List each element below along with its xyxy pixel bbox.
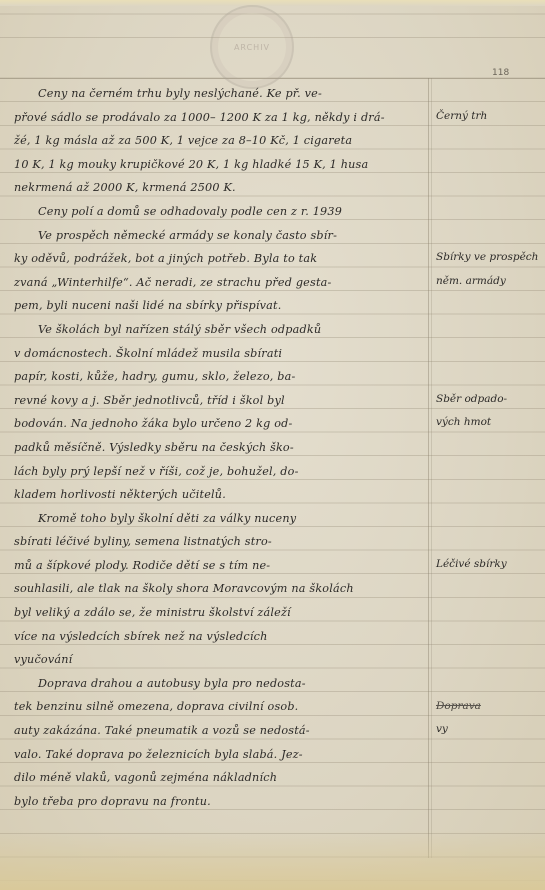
text-line: Ceny na černém trhu byly neslýchané. Ke … <box>14 82 426 106</box>
text-line: vyučování <box>14 648 426 672</box>
text-line: zvaná „Winterhilfe“. Ač neradi, ze strac… <box>14 271 426 295</box>
margin-note: vých hmot <box>436 416 491 428</box>
text-line: nekrmená až 2000 K, krmená 2500 K. <box>14 176 426 200</box>
margin-note: Léčivé sbírky <box>436 558 507 570</box>
text-line: lách byly prý lepší než v říši, což je, … <box>14 460 426 484</box>
text-line: Ceny polí a domů se odhadovaly podle cen… <box>14 200 426 224</box>
margin-note: Sběr odpado- <box>436 393 507 405</box>
text-line: papír, kosti, kůže, hadry, gumu, sklo, ž… <box>14 365 426 389</box>
text-line: Kromě toho byly školní děti za války nuc… <box>14 507 426 531</box>
margin-note: Černý trh <box>436 110 487 122</box>
text-line: byl veliký a zdálo se, že ministru škols… <box>14 601 426 625</box>
margin-note: něm. armády <box>436 275 506 287</box>
text-line: auty zakázána. Také pneumatik a vozů se … <box>14 719 426 743</box>
margin-note: vy <box>436 723 448 735</box>
margin-note: Sbírky ve prospěch <box>436 251 538 263</box>
text-line: Doprava drahou a autobusy byla pro nedos… <box>14 672 426 696</box>
text-line: bodován. Na jednoho žáka bylo určeno 2 k… <box>14 412 426 436</box>
handwritten-chronicle-page: ARCHIV 118 Ceny na černém trhu byly nesl… <box>0 0 545 890</box>
text-line: mů a šípkové plody. Rodiče dětí se s tím… <box>14 554 426 578</box>
text-line: pem, byli nuceni naši lidé na sbírky při… <box>14 294 426 318</box>
text-line: Ve prospěch německé armády se konaly čas… <box>14 224 426 248</box>
text-line: padků měsíčně. Výsledky sběru na českých… <box>14 436 426 460</box>
text-line: více na výsledcích sbírek než na výsledc… <box>14 625 426 649</box>
text-line: valo. Také doprava po železnicích byla s… <box>14 743 426 767</box>
text-line: revné kovy a j. Sběr jednotlivců, tříd i… <box>14 389 426 413</box>
text-line: souhlasili, ale tlak na školy shora Mora… <box>14 577 426 601</box>
page-number: 118 <box>492 68 509 78</box>
stamp-text: ARCHIV <box>234 43 270 52</box>
text-line: tek benzinu silně omezena, doprava civil… <box>14 695 426 719</box>
text-line: dilo méně vlaků, vagonů zejména nákladní… <box>14 766 426 790</box>
text-line: Ve školách byl nařízen stálý sběr všech … <box>14 318 426 342</box>
text-line: sbírati léčivé byliny, semena listnatých… <box>14 530 426 554</box>
text-line: ky oděvů, podrážek, bot a jiných potřeb.… <box>14 247 426 271</box>
text-line: v domácnostech. Školní mládež musila sbí… <box>14 342 426 366</box>
margin-note: Doprava <box>436 700 481 712</box>
margin-divider-line-secondary <box>431 78 432 858</box>
text-line: kladem horlivosti některých učitelů. <box>14 483 426 507</box>
text-line: přové sádlo se prodávalo za 1000– 1200 K… <box>14 106 426 130</box>
archive-stamp-icon: ARCHIV <box>210 5 294 89</box>
text-line: 10 K, 1 kg mouky krupičkové 20 K, 1 kg h… <box>14 153 426 177</box>
text-line: bylo třeba pro dopravu na frontu. <box>14 790 426 814</box>
text-line: žé, 1 kg másla až za 500 K, 1 vejce za 8… <box>14 129 426 153</box>
paper-bottom-edge <box>0 830 545 890</box>
main-text-column: Ceny na černém trhu byly neslýchané. Ke … <box>14 82 426 813</box>
margin-divider-line <box>428 78 429 858</box>
